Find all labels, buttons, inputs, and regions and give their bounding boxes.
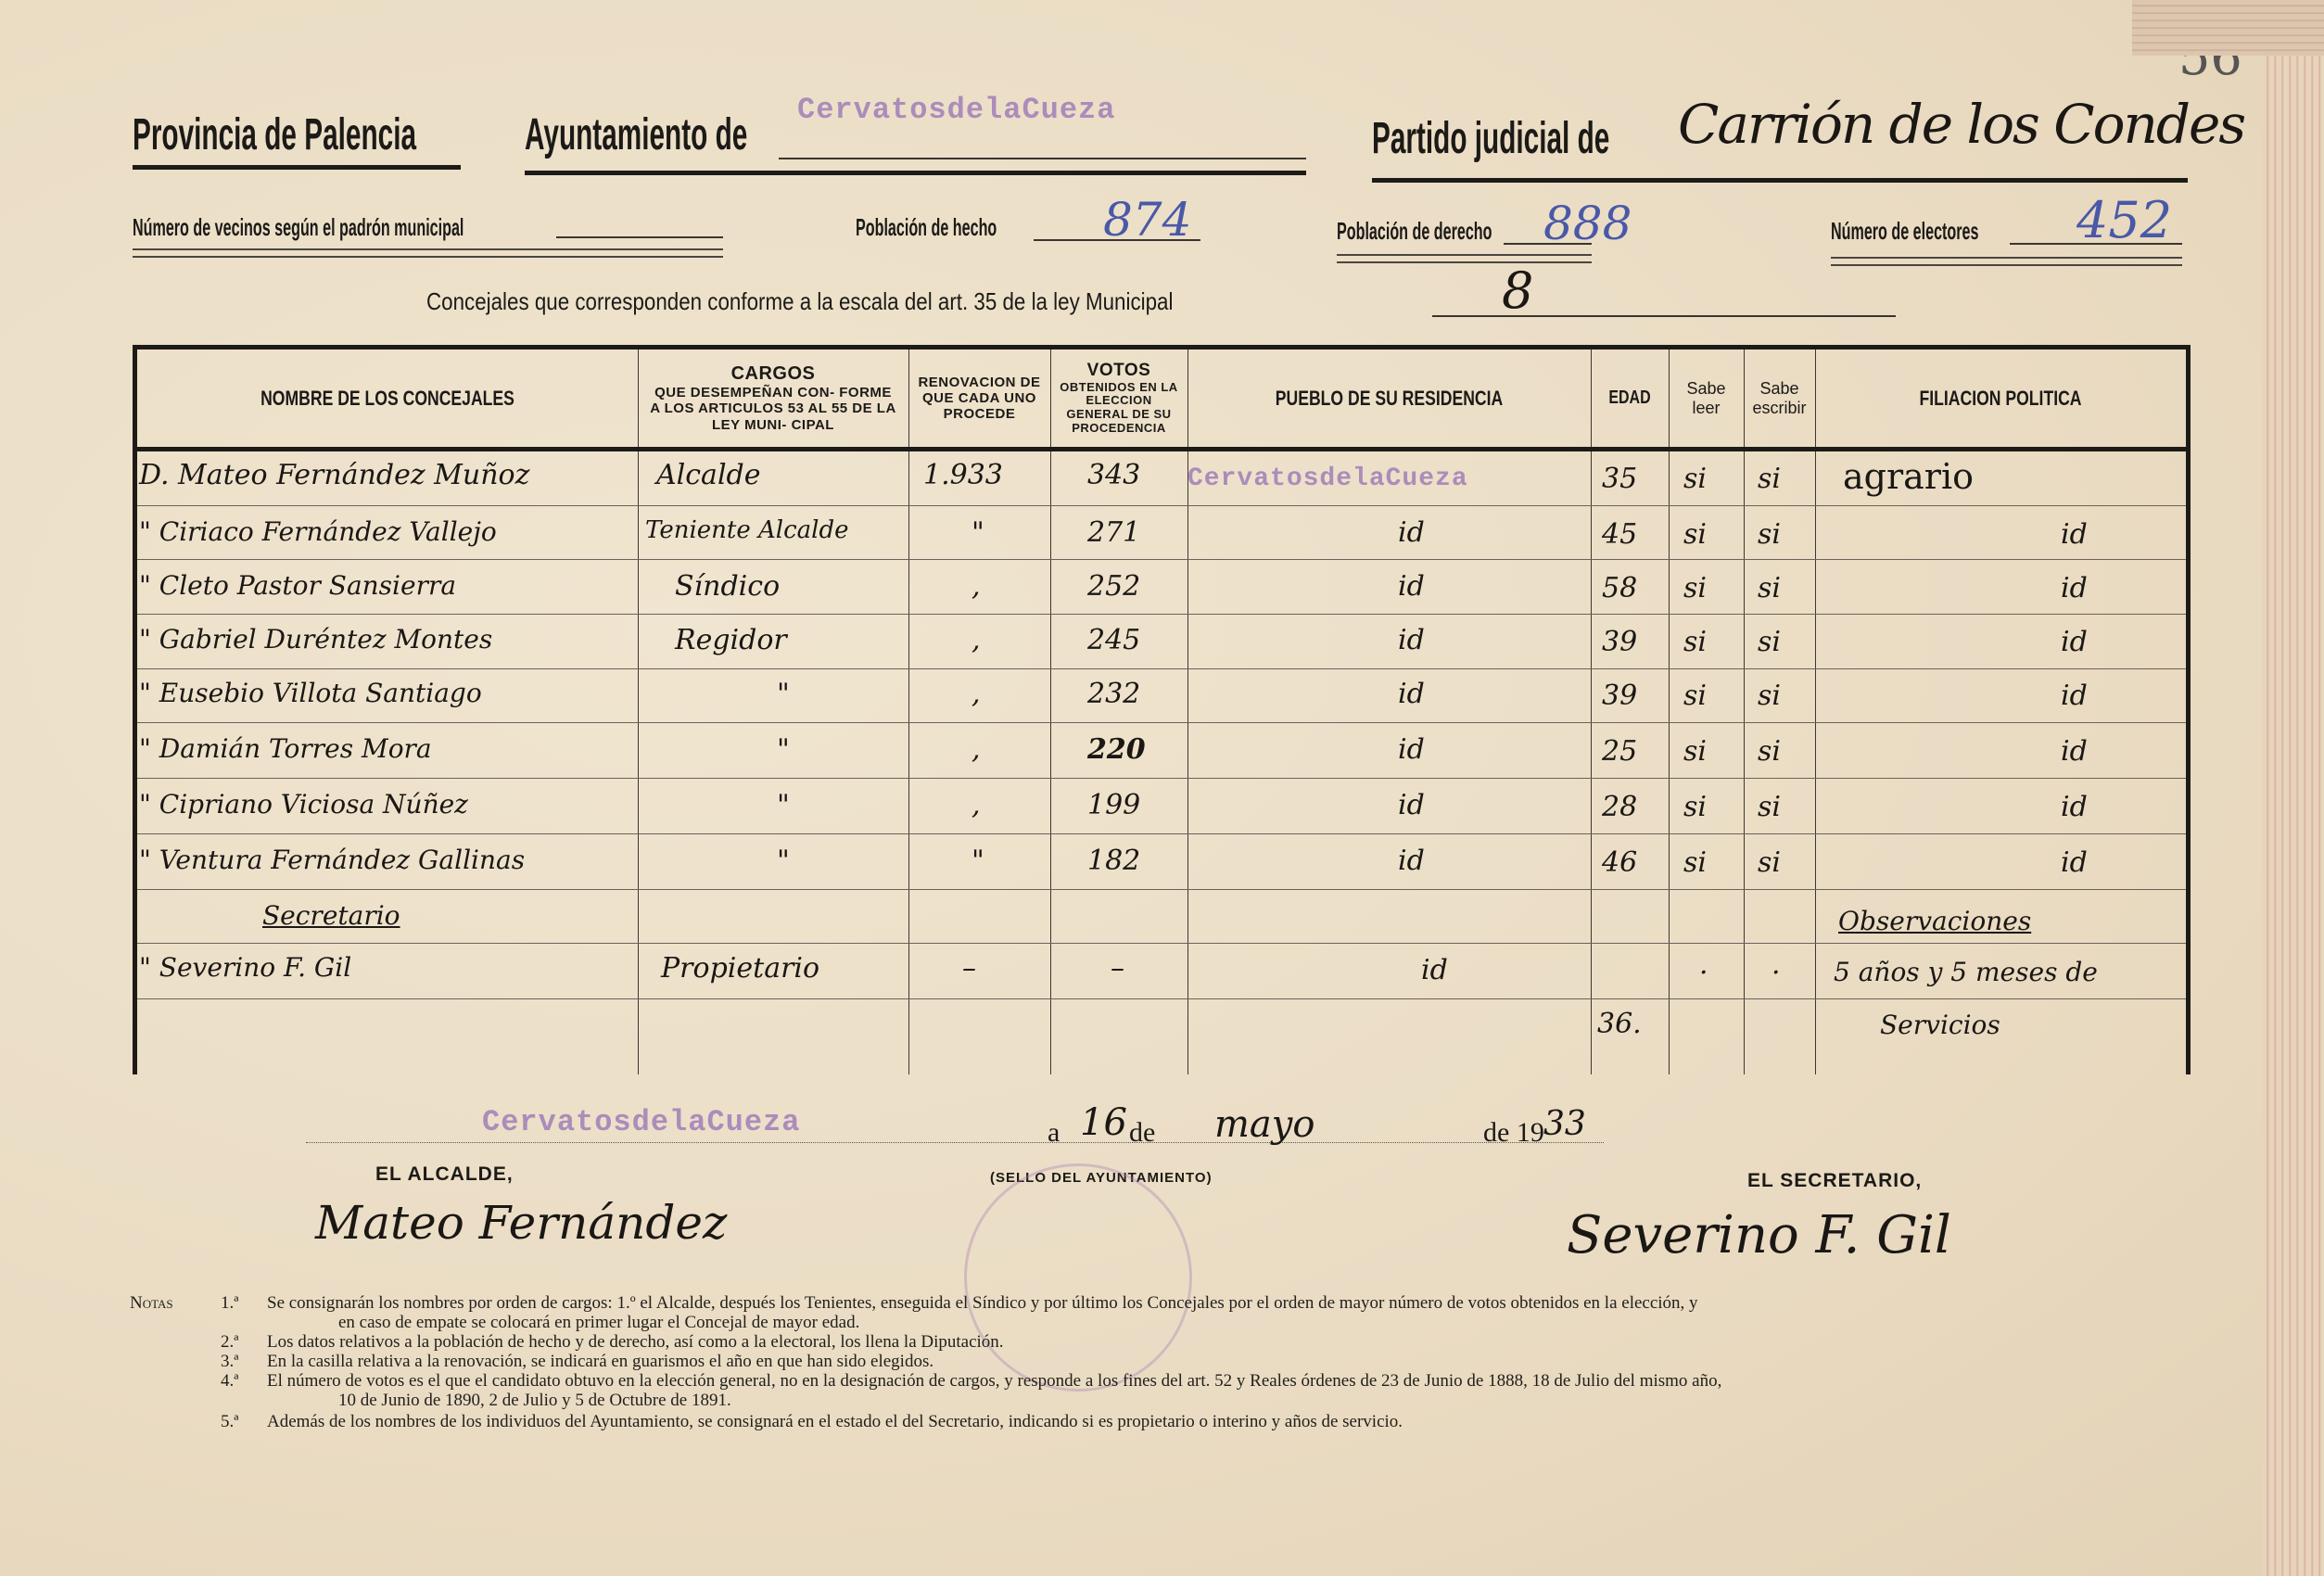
- place-stamp: CervatosdelaCueza: [482, 1105, 800, 1139]
- book-page-edges: [2262, 56, 2324, 1576]
- alcalde-signature: Mateo Fernández: [315, 1196, 727, 1250]
- partido-label: Partido judicial de: [1372, 113, 1609, 164]
- electores-label: Número de electores: [1831, 217, 1978, 246]
- provincia-label: Provincia de Palencia: [133, 109, 416, 160]
- header-filiacion: FILIACION POLITICA: [1852, 350, 2149, 447]
- secretario-heading: Secretario: [262, 900, 400, 931]
- sello-stamp: [964, 1163, 1192, 1392]
- book-top-edge: [2132, 0, 2324, 56]
- poblacion-derecho-label: Población de derecho: [1337, 217, 1492, 246]
- note-2: Los datos relativos a la población de he…: [267, 1332, 1004, 1352]
- header-sabe-escribir: Sabeescribir: [1744, 350, 1815, 447]
- poblacion-derecho-value: 888: [1543, 197, 1632, 250]
- concejales-label: Concejales que corresponden conforme a l…: [426, 287, 1173, 316]
- document-page: 56 Provincia de Palencia Ayuntamiento de…: [0, 0, 2262, 1576]
- header-nombre: NOMBRE DE LOS CONCEJALES: [187, 350, 588, 447]
- electores-value: 452: [2076, 191, 2172, 249]
- note-5: Además de los nombres de los individuos …: [267, 1412, 1403, 1431]
- notes-title: Notas: [130, 1293, 173, 1313]
- ayuntamiento-label: Ayuntamiento de: [525, 109, 747, 160]
- header-edad: EDAD: [1598, 350, 1660, 447]
- secretario-signature: Severino F. Gil: [1567, 1205, 1951, 1265]
- vecinos-label: Número de vecinos según el padrón munici…: [133, 213, 464, 242]
- note-1: Se consignarán los nombres por orden de …: [267, 1293, 1698, 1313]
- provincia-underline: [133, 165, 461, 170]
- date-year-suffix: 33: [1543, 1105, 1586, 1143]
- date-day: 16: [1080, 1101, 1127, 1144]
- partido-value: Carrión de los Condes: [1678, 93, 2244, 156]
- header-sabe-leer: Sabeleer: [1669, 350, 1744, 447]
- header-pueblo: PUEBLO DE SU RESIDENCIA: [1228, 350, 1551, 447]
- note-3: En la casilla relativa a la renovación, …: [267, 1352, 933, 1371]
- date-month: mayo: [1214, 1103, 1314, 1146]
- header-cargos: CARGOS QUE DESEMPEÑAN CON- FORME A LOS A…: [638, 350, 908, 447]
- poblacion-hecho-value: 874: [1103, 193, 1191, 247]
- alcalde-label: EL ALCALDE,: [375, 1163, 514, 1186]
- ayuntamiento-underline: [525, 171, 1306, 175]
- concejales-table: NOMBRE DE LOS CONCEJALES CARGOS QUE DESE…: [133, 345, 2191, 1074]
- note-4: El número de votos es el que el candidat…: [267, 1371, 1721, 1391]
- secretario-label: EL SECRETARIO,: [1747, 1170, 1922, 1192]
- partido-underline: [1372, 178, 2188, 183]
- ayuntamiento-stamp: CervatosdelaCueza: [797, 93, 1115, 127]
- header-votos: VOTOS OBTENIDOS EN LA ELECCION GENERAL D…: [1050, 350, 1187, 447]
- header-renovacion: RENOVACION DE QUE CADA UNO PROCEDE: [908, 350, 1050, 447]
- poblacion-hecho-label: Población de hecho: [856, 213, 997, 242]
- date-de: de: [1129, 1117, 1155, 1149]
- date-year-prefix: de 19: [1483, 1117, 1544, 1149]
- concejales-value: 8: [1502, 261, 1533, 320]
- date-a: a: [1048, 1117, 1060, 1149]
